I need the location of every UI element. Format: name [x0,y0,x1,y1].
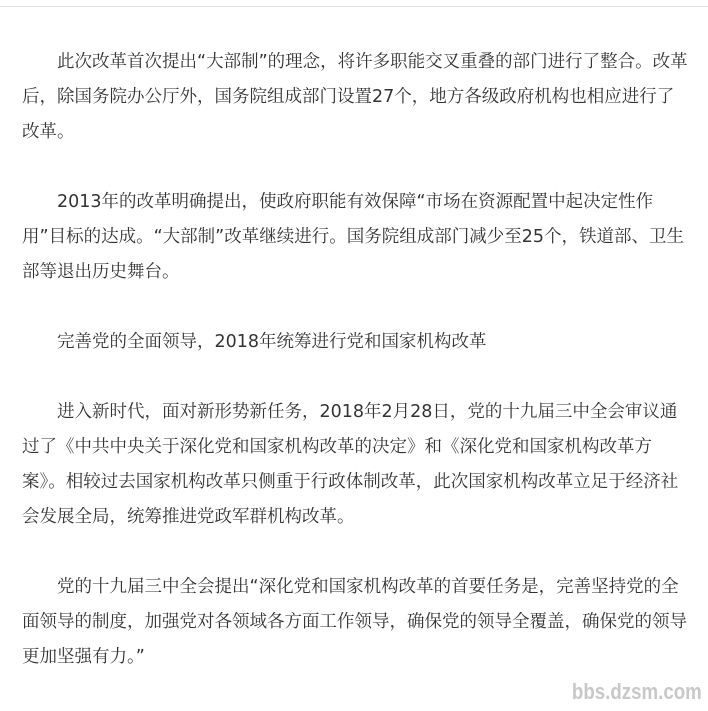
paragraph-primary-task: 党的十九届三中全会提出“深化党和国家机构改革的首要任务是，完善坚持党的全面领导的… [22,570,690,675]
paragraph-2013-reform: 2013年的改革明确提出，使政府职能有效保障“市场在资源配置中起决定性作用”目标… [22,185,690,290]
top-divider [0,6,708,7]
section-heading-2018: 完善党的全面领导，2018年统筹进行党和国家机构改革 [22,325,690,360]
paragraph-new-era: 进入新时代，面对新形势新任务，2018年2月28日，党的十九届三中全会审议通过了… [22,395,690,535]
watermark: bbs.dzsm.com [572,679,702,705]
paragraph-daibuzhi: 此次改革首次提出“大部制”的理念，将许多职能交叉重叠的部门进行了整合。改革后，除… [22,45,690,150]
